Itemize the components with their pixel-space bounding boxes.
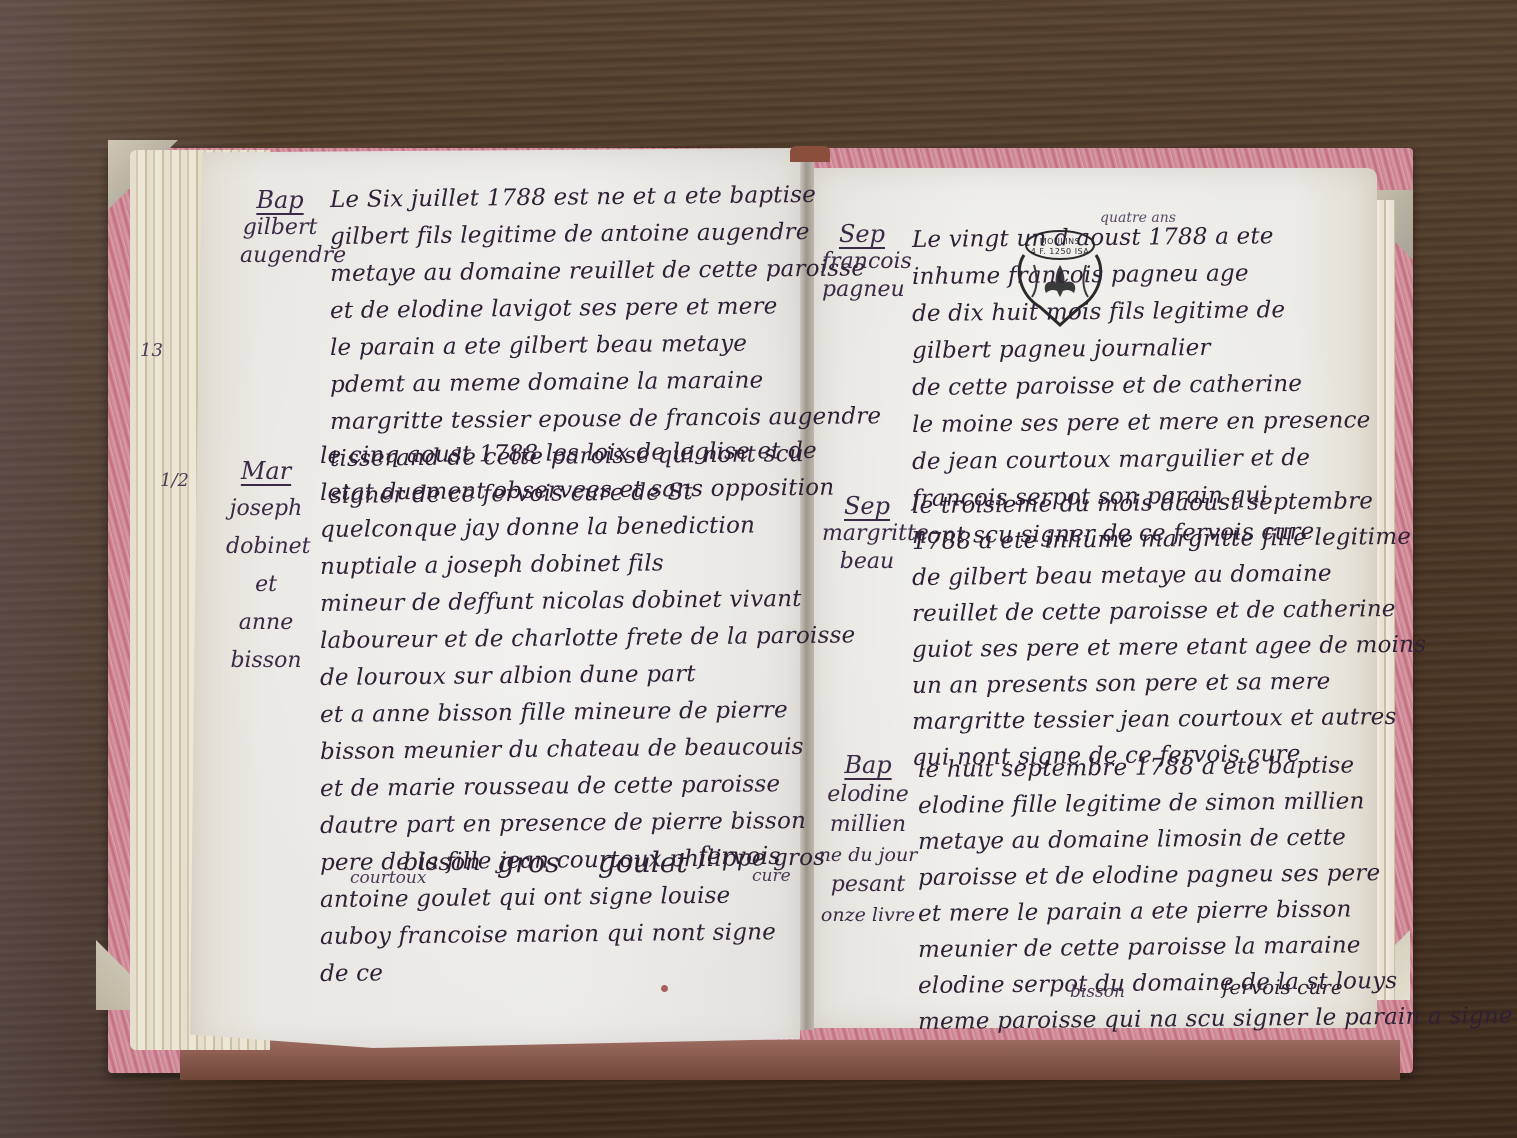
text-line: de ce — [320, 950, 856, 993]
text-line: le parain a ete gilbert beau metaye — [330, 324, 882, 367]
entry-type-label: Sep — [822, 220, 902, 248]
entry-type-label: Bap — [240, 186, 320, 214]
text-line: un an presents son pere et sa mere — [912, 663, 1427, 704]
text-line: le moine ses pere et mere en presence — [912, 402, 1371, 444]
entry-type-label: Sep — [822, 492, 912, 520]
margin-name-line: anne — [226, 604, 306, 642]
text-line: gilbert fils legitime de antoine augendr… — [330, 213, 882, 256]
entry-type-label: Bap — [818, 750, 918, 780]
margin-name-line: dobinet — [226, 528, 306, 566]
text-line: de jean courtoux marguilier et de — [912, 439, 1371, 481]
signature-fervois-cure: fervois cure — [1222, 975, 1343, 999]
text-line: laboureur et de charlotte frete de la pa… — [320, 617, 856, 660]
text-line: 1788 a ete inhume margritte fille legiti… — [912, 519, 1427, 560]
spine-top — [790, 146, 830, 162]
text-line: elodine serpot du domaine de la st louys — [918, 962, 1513, 1004]
text-line: auboy francoise marion qui nont signe — [320, 913, 856, 956]
entry-text-marriage-dobinet-bisson: le cinq aoust 1788 les loix de leglise e… — [320, 438, 855, 993]
text-line: meme paroisse qui na scu signer le parai… — [918, 998, 1513, 1040]
signature-cure: cure — [752, 866, 791, 886]
text-line: metaye au domaine limosin de cette — [918, 818, 1513, 860]
margin-note-marriage-dobinet-bisson: Mar joseph dobinet et anne bisson — [226, 452, 306, 680]
margin-note-baptism-elodine-millien: Bap elodine millien ne du jour pesant on… — [818, 750, 918, 930]
text-line: le troisieme du mois daoust septembre — [912, 483, 1427, 524]
text-line: margritte tessier jean courtoux et autre… — [912, 699, 1427, 740]
margin-name-line: margritte — [822, 520, 912, 548]
text-line: le huit septembre 1788 a ete baptise — [918, 746, 1513, 788]
signature-gros: gros — [497, 846, 560, 879]
text-line: et de elodine lavigot ses pere et mere — [330, 287, 882, 330]
ink-stain — [661, 985, 668, 992]
text-line: de gilbert beau metaye au domaine — [912, 555, 1427, 596]
text-line: de dix huit mois fils legitime de — [912, 291, 1371, 333]
gutter-mark: 13 — [140, 340, 163, 361]
text-line: inhume francois pagneu age — [912, 254, 1371, 296]
text-line: metaye au domaine reuillet de cette paro… — [330, 250, 882, 293]
margin-name-line: millien — [818, 810, 918, 840]
margin-name-line: beau — [822, 548, 912, 576]
text-line: paroisse et de elodine pagneu ses pere — [918, 854, 1513, 896]
margin-name-line: elodine — [818, 780, 918, 810]
text-line: Le vingt un d aoust 1788 a ete — [912, 217, 1371, 259]
margin-note-burial-margritte-beau: Sep margritte beau — [822, 492, 912, 576]
margin-note-burial-francois-pagneu: Sep francois pagneu — [822, 220, 902, 304]
margin-name-line: onze livre — [818, 900, 918, 930]
text-line: mineur de deffunt nicolas dobinet vivant — [320, 580, 856, 623]
text-line: Le Six juillet 1788 est ne et a ete bapt… — [330, 176, 882, 219]
text-line: nuptiale a joseph dobinet fils — [320, 543, 856, 586]
entry-text-burial-margritte-beau: le troisieme du mois daoust septembre 17… — [912, 488, 1426, 776]
margin-name-line: augendre — [240, 242, 320, 270]
margin-name-line: ne du jour — [818, 840, 918, 870]
text-line: meunier de cette paroisse la maraine — [918, 926, 1513, 968]
text-line: pdemt au meme domaine la maraine — [330, 361, 882, 404]
text-line: elodine fille legitime de simon millien — [918, 782, 1513, 824]
text-line: gilbert pagneu journalier — [912, 328, 1371, 370]
text-line: le cinq aoust 1788 les loix de leglise e… — [320, 432, 856, 475]
gutter-mark: 1/2 — [160, 470, 189, 491]
text-line: de cette paroisse et de catherine — [912, 365, 1371, 407]
entry-type-label: Mar — [226, 452, 306, 490]
text-line: et de marie rousseau de cette paroisse — [320, 765, 856, 808]
entry-text-baptism-elodine-millien: le huit septembre 1788 a ete baptise elo… — [918, 752, 1513, 1040]
text-line: guiot ses pere et mere etant agee de moi… — [912, 627, 1427, 668]
text-line: letat duement observees et sans oppositi… — [320, 469, 856, 512]
margin-name-line: et — [226, 566, 306, 604]
text-line: et mere le parain a ete pierre bisson — [918, 890, 1513, 932]
signature-courtoux: courtoux — [350, 868, 426, 888]
margin-name-line: pagneu — [822, 276, 902, 304]
margin-name-line: bisson — [226, 642, 306, 680]
signature-goulet: goulet — [598, 846, 688, 879]
text-line: reuillet de cette paroisse et de catheri… — [912, 591, 1427, 632]
margin-name-line: francois — [822, 248, 902, 276]
text-line: bisson meunier du chateau de beaucouis — [320, 728, 856, 771]
margin-name-line: gilbert — [240, 214, 320, 242]
text-line: de louroux sur albion dune part — [320, 654, 856, 697]
signature-bisson: bisson — [1070, 982, 1125, 1002]
margin-note-baptism-gilbert: Bap gilbert augendre — [240, 186, 320, 270]
margin-name-line: joseph — [226, 490, 306, 528]
text-line: quelconque jay donne la benediction — [320, 506, 856, 549]
text-line: dautre part en presence de pierre bisson — [320, 802, 856, 845]
margin-name-line: pesant — [818, 870, 918, 900]
text-line: et a anne bisson fille mineure de pierre — [320, 691, 856, 734]
